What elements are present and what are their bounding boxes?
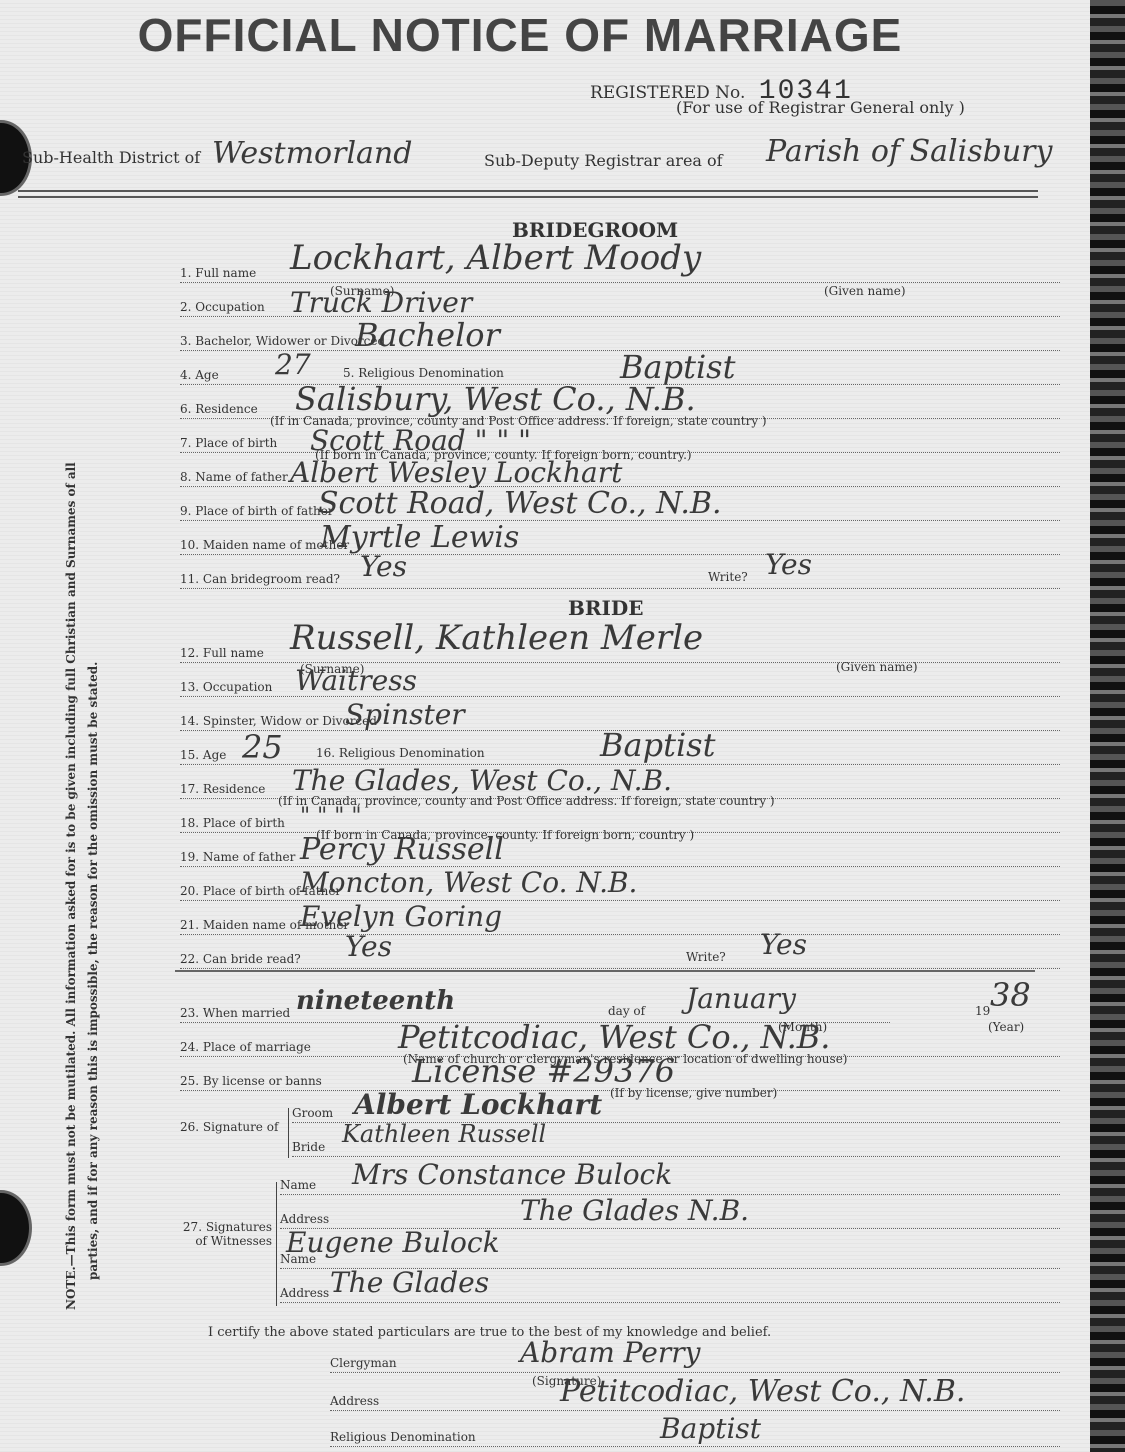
married-month-value: January — [686, 982, 796, 1015]
field-label: 9. Place of birth of father — [180, 504, 334, 518]
bride-read-value: Yes — [345, 930, 392, 963]
license-value: License #29376 — [412, 1052, 675, 1090]
bride-birthplace-value: " " " " — [300, 804, 361, 829]
field-label: Bride — [292, 1140, 325, 1154]
field-label: Address — [280, 1212, 329, 1226]
bride-status-value: Spinster — [345, 698, 465, 731]
field-label: Address — [330, 1394, 379, 1408]
field-label: 15. Age — [180, 748, 226, 762]
field-label: 25. By license or banns — [180, 1074, 322, 1088]
field-label: 24. Place of marriage — [180, 1040, 311, 1054]
groom-mother-value: Myrtle Lewis — [320, 520, 519, 555]
field-label: 11. Can bridegroom read? — [180, 572, 340, 586]
field-label: 2. Occupation — [180, 300, 265, 314]
scan-edge — [1090, 0, 1125, 1452]
health-district-label: Sub-Health District of — [22, 148, 200, 167]
groom-write-label: Write? — [708, 570, 748, 584]
witness-2-address-value: The Glades — [330, 1266, 489, 1299]
witness-1-name-value: Mrs Constance Bulock — [352, 1158, 672, 1191]
clergyman-denomination-value: Baptist — [660, 1412, 761, 1445]
place-of-marriage-value: Petitcodiac, West Co., N.B. — [398, 1018, 830, 1056]
bride-father-value: Percy Russell — [300, 832, 504, 867]
field-label: 19. Name of father — [180, 850, 295, 864]
groom-read-row: 11. Can bridegroom read? — [180, 566, 1060, 589]
witnesses-label: 27. Signatures of Witnesses — [180, 1220, 272, 1248]
groom-signature-value: Albert Lockhart — [354, 1088, 602, 1121]
marriage-notice-page: OFFICIAL NOTICE OF MARRIAGE REGISTERED N… — [0, 0, 1090, 1452]
field-label: Religious Denomination — [330, 1430, 476, 1444]
field-label: Name — [280, 1178, 316, 1192]
field-label: 23. When married — [180, 1006, 290, 1020]
field-label: 6. Residence — [180, 402, 258, 416]
groom-residence-value: Salisbury, West Co., N.B. — [295, 380, 696, 418]
bride-age-value: 25 — [242, 728, 283, 766]
witness-1-address-value: The Glades N.B. — [520, 1194, 749, 1227]
groom-age-value: 27 — [275, 348, 311, 381]
bride-religion-value: Baptist — [600, 726, 715, 764]
clergyman-address-value: Petitcodiac, West Co., N.B. — [560, 1374, 965, 1409]
registrar-note: (For use of Registrar General only ) — [676, 98, 965, 117]
header-divider — [18, 190, 1038, 198]
groom-religion-label: 5. Religious Denomination — [343, 366, 504, 380]
field-label: 13. Occupation — [180, 680, 272, 694]
bride-religion-label: 16. Religious Denomination — [316, 746, 485, 760]
field-label: Clergyman — [330, 1356, 397, 1370]
witness-2-name-value: Eugene Bulock — [286, 1226, 500, 1259]
field-label: 22. Can bride read? — [180, 952, 301, 966]
field-label: 7. Place of birth — [180, 436, 277, 450]
registrar-area-value: Parish of Salisbury — [766, 134, 1052, 169]
field-label: 12. Full name — [180, 646, 264, 660]
groom-status-value: Bachelor — [355, 316, 500, 354]
field-label: Address — [280, 1286, 329, 1300]
bride-heading: BRIDE — [568, 596, 643, 620]
side-note-line-1: NOTE.—This form must not be mutilated. A… — [60, 450, 82, 1310]
marriage-divider — [175, 970, 1035, 972]
registrar-area-label: Sub-Deputy Registrar area of — [484, 151, 723, 170]
bride-mother-value: Evelyn Goring — [300, 900, 502, 933]
year-prefix: 19 — [975, 1004, 990, 1018]
bride-father-birthplace-value: Moncton, West Co. N.B. — [300, 866, 637, 899]
married-year-value: 38 — [990, 976, 1031, 1014]
bride-write-value: Yes — [760, 928, 807, 961]
groom-read-value: Yes — [360, 550, 407, 583]
groom-full-name-value: Lockhart, Albert Moody — [290, 238, 701, 278]
field-label: 1. Full name — [180, 266, 256, 280]
license-hint: (If by license, give number) — [610, 1086, 777, 1100]
bride-occupation-value: Waitress — [295, 664, 417, 697]
health-district-row: Sub-Health District of — [22, 148, 200, 167]
bride-full-name-value: Russell, Kathleen Merle — [290, 618, 703, 658]
clergyman-signature-value: Abram Perry — [520, 1336, 700, 1369]
groom-occupation-value: Truck Driver — [290, 286, 472, 319]
witness-brace — [276, 1182, 277, 1306]
signature-brace — [288, 1108, 289, 1158]
side-note-line-2: parties, and if for any reason this is i… — [82, 450, 104, 1310]
day-of-label: day of — [608, 1004, 645, 1018]
bride-given-hint: (Given name) — [836, 660, 918, 674]
field-label: 8. Name of father — [180, 470, 288, 484]
groom-father-birthplace-value: Scott Road, West Co., N.B. — [318, 486, 722, 521]
field-label: 17. Residence — [180, 782, 265, 796]
document-title: OFFICIAL NOTICE OF MARRIAGE — [70, 8, 970, 62]
signature-label: 26. Signature of — [180, 1120, 278, 1134]
field-label: Groom — [292, 1106, 333, 1120]
side-note: NOTE.—This form must not be mutilated. A… — [60, 450, 104, 1310]
bride-write-label: Write? — [686, 950, 726, 964]
groom-father-value: Albert Wesley Lockhart — [290, 456, 622, 489]
bride-signature-value: Kathleen Russell — [342, 1120, 546, 1148]
bride-residence-value: The Glades, West Co., N.B. — [292, 764, 672, 797]
groom-mother-row: 10. Maiden name of mother — [180, 532, 1060, 555]
health-district-value: Westmorland — [212, 136, 412, 171]
field-label: 18. Place of birth — [180, 816, 285, 830]
field-label: 4. Age — [180, 368, 219, 382]
groom-write-value: Yes — [765, 548, 812, 581]
married-day-value: nineteenth — [296, 986, 455, 1016]
year-hint: (Year) — [988, 1020, 1024, 1034]
bride-read-row: 22. Can bride read? — [180, 946, 1060, 969]
punch-hole-bottom — [0, 1190, 32, 1266]
